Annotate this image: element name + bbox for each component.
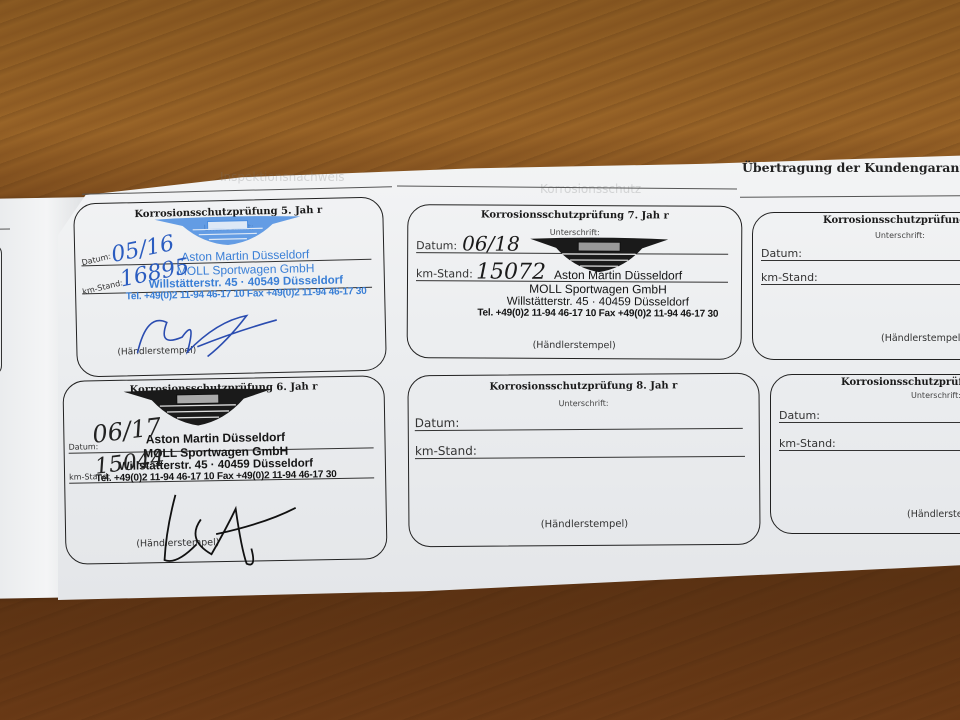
stamp-phone-fax: Tel. +49(0)2 11-94 46-17 10 Fax +49(0)2 … — [448, 307, 748, 320]
signature-scribble — [155, 487, 316, 570]
km-label: km-Stand: — [779, 437, 836, 450]
left-page-card-edge — [0, 244, 2, 377]
aston-martin-wings-logo — [152, 213, 303, 248]
dealer-stamp-label: (Händlerstempel) — [408, 339, 741, 352]
dealer-stamp-label: (Händlerstempel) — [117, 346, 196, 358]
signature-label: Unterschrift: — [911, 391, 960, 400]
dealer-stamp-label: (Händlerstempel) — [136, 537, 219, 549]
inspection-card-year-6: Korrosionsschutzprüfung 6. Jah r Datum: … — [62, 375, 387, 565]
ghost-header-left: Inspektionsnachweis — [220, 170, 345, 184]
date-label: Datum: — [415, 416, 460, 430]
inspection-card-year-7: Korrosionsschutzprüfung 7. Jah r Untersc… — [407, 204, 743, 360]
inspection-card-year-10: Korrosionsschutzprüfung 10. Jah r Unters… — [770, 374, 960, 534]
km-label: km-Stand: — [761, 271, 818, 284]
inspection-card-year-9: Korrosionsschutzprüfung 9. Jah r Untersc… — [752, 212, 960, 360]
km-label: km-Stand: — [415, 444, 477, 458]
signature-label: Unterschrift: — [409, 398, 759, 409]
date-label: Datum: — [761, 247, 802, 260]
date-label: Datum: — [81, 252, 112, 268]
km-field[interactable]: km-Stand: — [761, 271, 960, 285]
card-title: Korrosionsschutzprüfung 9. Jah r — [823, 215, 960, 226]
km-field[interactable]: km-Stand: — [779, 437, 960, 451]
card-title: Korrosionsschutzprüfung 10. Jah r — [841, 377, 960, 388]
ghost-header-right: Korrosionsschutz — [540, 182, 641, 196]
inspection-card-year-5: Korrosionsschutzprüfung 5. Jah r Untersc… — [73, 197, 387, 378]
date-field[interactable]: Datum: — [779, 409, 960, 423]
handwritten-km: 15072 — [476, 259, 546, 284]
top-strip-title: Übertragung der Kundengarantie — [742, 160, 960, 175]
dealer-stamp-label: (Händlerstempel) — [409, 518, 759, 531]
signature-label: Unterschrift: — [875, 231, 925, 240]
handwritten-date: 06/18 — [462, 231, 520, 255]
card-title: Korrosionsschutzprüfung 7. Jah r — [408, 209, 741, 222]
date-label: Datum: — [779, 409, 820, 422]
dealer-stamp-label: (Händlerstempel) — [881, 333, 960, 344]
inspection-card-year-8: Korrosionsschutzprüfung 8. Jah r Untersc… — [407, 373, 760, 547]
date-label: Datum: — [416, 239, 457, 252]
date-field[interactable]: Datum: — [761, 247, 960, 261]
card-title: Korrosionsschutzprüfung 8. Jah r — [408, 380, 758, 393]
date-field[interactable]: Datum: — [415, 414, 743, 431]
km-field[interactable]: km-Stand: — [415, 442, 745, 459]
dealer-stamp-label: (Händlerstempel) — [907, 509, 960, 520]
left-page-line — [0, 228, 10, 229]
